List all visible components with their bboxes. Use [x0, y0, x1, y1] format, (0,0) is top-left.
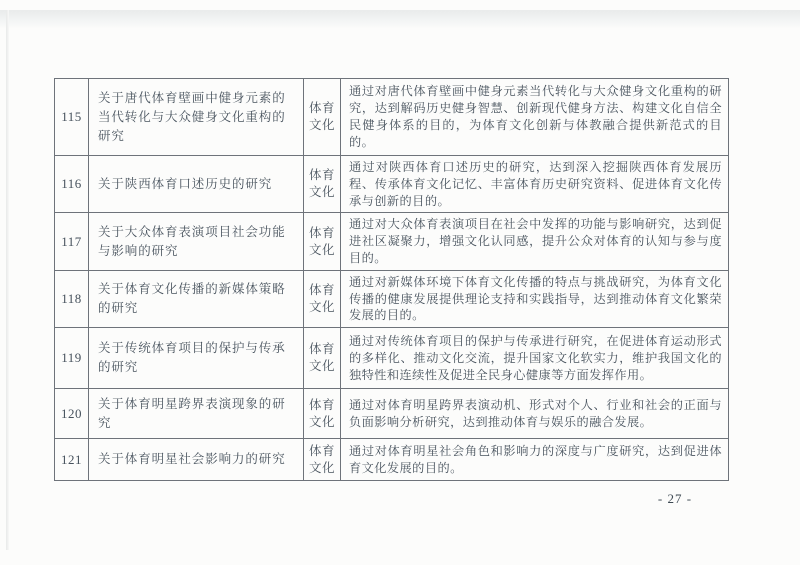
topic-title: 关于体育文化传播的新媒体策略的研究: [89, 270, 304, 327]
scan-edge-left-shadow: [6, 10, 9, 550]
document-page: 115关于唐代体育壁画中健身元素的当代转化与大众健身文化重构的研究体育文化通过对…: [0, 0, 800, 565]
row-number: 116: [55, 156, 89, 213]
table-row: 116关于陕西体育口述历史的研究体育文化通过对陕西体育口述历史的研究，达到深入挖…: [55, 156, 729, 213]
topic-description: 通过对大众体育表演项目在社会中发挥的功能与影响研究，达到促进社区凝聚力，增强文化…: [341, 213, 729, 270]
topic-title: 关于体育明星社会影响力的研究: [89, 439, 304, 481]
scan-edge-shadow: [0, 10, 800, 28]
table-body: 115关于唐代体育壁画中健身元素的当代转化与大众健身文化重构的研究体育文化通过对…: [55, 79, 729, 481]
topic-description: 通过对新媒体环境下体育文化传播的特点与挑战研究，为体育文化传播的健康发展提供理论…: [341, 270, 729, 327]
topic-category: 体育文化: [304, 79, 341, 156]
row-number: 117: [55, 213, 89, 270]
row-number: 115: [55, 79, 89, 156]
research-topics-table: 115关于唐代体育壁画中健身元素的当代转化与大众健身文化重构的研究体育文化通过对…: [54, 78, 729, 481]
table-row: 115关于唐代体育壁画中健身元素的当代转化与大众健身文化重构的研究体育文化通过对…: [55, 79, 729, 156]
topic-description: 通过对体育明星社会角色和影响力的深度与广度研究，达到促进体育文化发展的目的。: [341, 439, 729, 481]
table-row: 119关于传统体育项目的保护与传承的研究体育文化通过对传统体育项目的保护与传承进…: [55, 328, 729, 389]
topic-category: 体育文化: [304, 156, 341, 213]
topic-title: 关于唐代体育壁画中健身元素的当代转化与大众健身文化重构的研究: [89, 79, 304, 156]
topic-category: 体育文化: [304, 389, 341, 439]
topic-description: 通过对体育明星跨界表演动机、形式对个人、行业和社会的正面与负面影响分析研究，达到…: [341, 389, 729, 439]
table-row: 121关于体育明星社会影响力的研究体育文化通过对体育明星社会角色和影响力的深度与…: [55, 439, 729, 481]
table-row: 120关于体育明星跨界表演现象的研究体育文化通过对体育明星跨界表演动机、形式对个…: [55, 389, 729, 439]
topic-title: 关于传统体育项目的保护与传承的研究: [89, 328, 304, 389]
row-number: 121: [55, 439, 89, 481]
table-row: 118关于体育文化传播的新媒体策略的研究体育文化通过对新媒体环境下体育文化传播的…: [55, 270, 729, 327]
topic-description: 通过对陕西体育口述历史的研究，达到深入挖掘陕西体育发展历程、传承体育文化记忆、丰…: [341, 156, 729, 213]
table-row: 117关于大众体育表演项目社会功能与影响的研究体育文化通过对大众体育表演项目在社…: [55, 213, 729, 270]
topic-description: 通过对传统体育项目的保护与传承进行研究，在促进体育运动形式的多样化、推动文化交流…: [341, 328, 729, 389]
topic-title: 关于体育明星跨界表演现象的研究: [89, 389, 304, 439]
row-number: 120: [55, 389, 89, 439]
topic-title: 关于陕西体育口述历史的研究: [89, 156, 304, 213]
topic-description: 通过对唐代体育壁画中健身元素当代转化与大众健身文化重构的研究，达到解码历史健身智…: [341, 79, 729, 156]
topic-category: 体育文化: [304, 270, 341, 327]
row-number: 119: [55, 328, 89, 389]
topic-category: 体育文化: [304, 213, 341, 270]
row-number: 118: [55, 270, 89, 327]
topic-category: 体育文化: [304, 328, 341, 389]
page-number: - 27 -: [640, 491, 710, 507]
topic-title: 关于大众体育表演项目社会功能与影响的研究: [89, 213, 304, 270]
topic-category: 体育文化: [304, 439, 341, 481]
